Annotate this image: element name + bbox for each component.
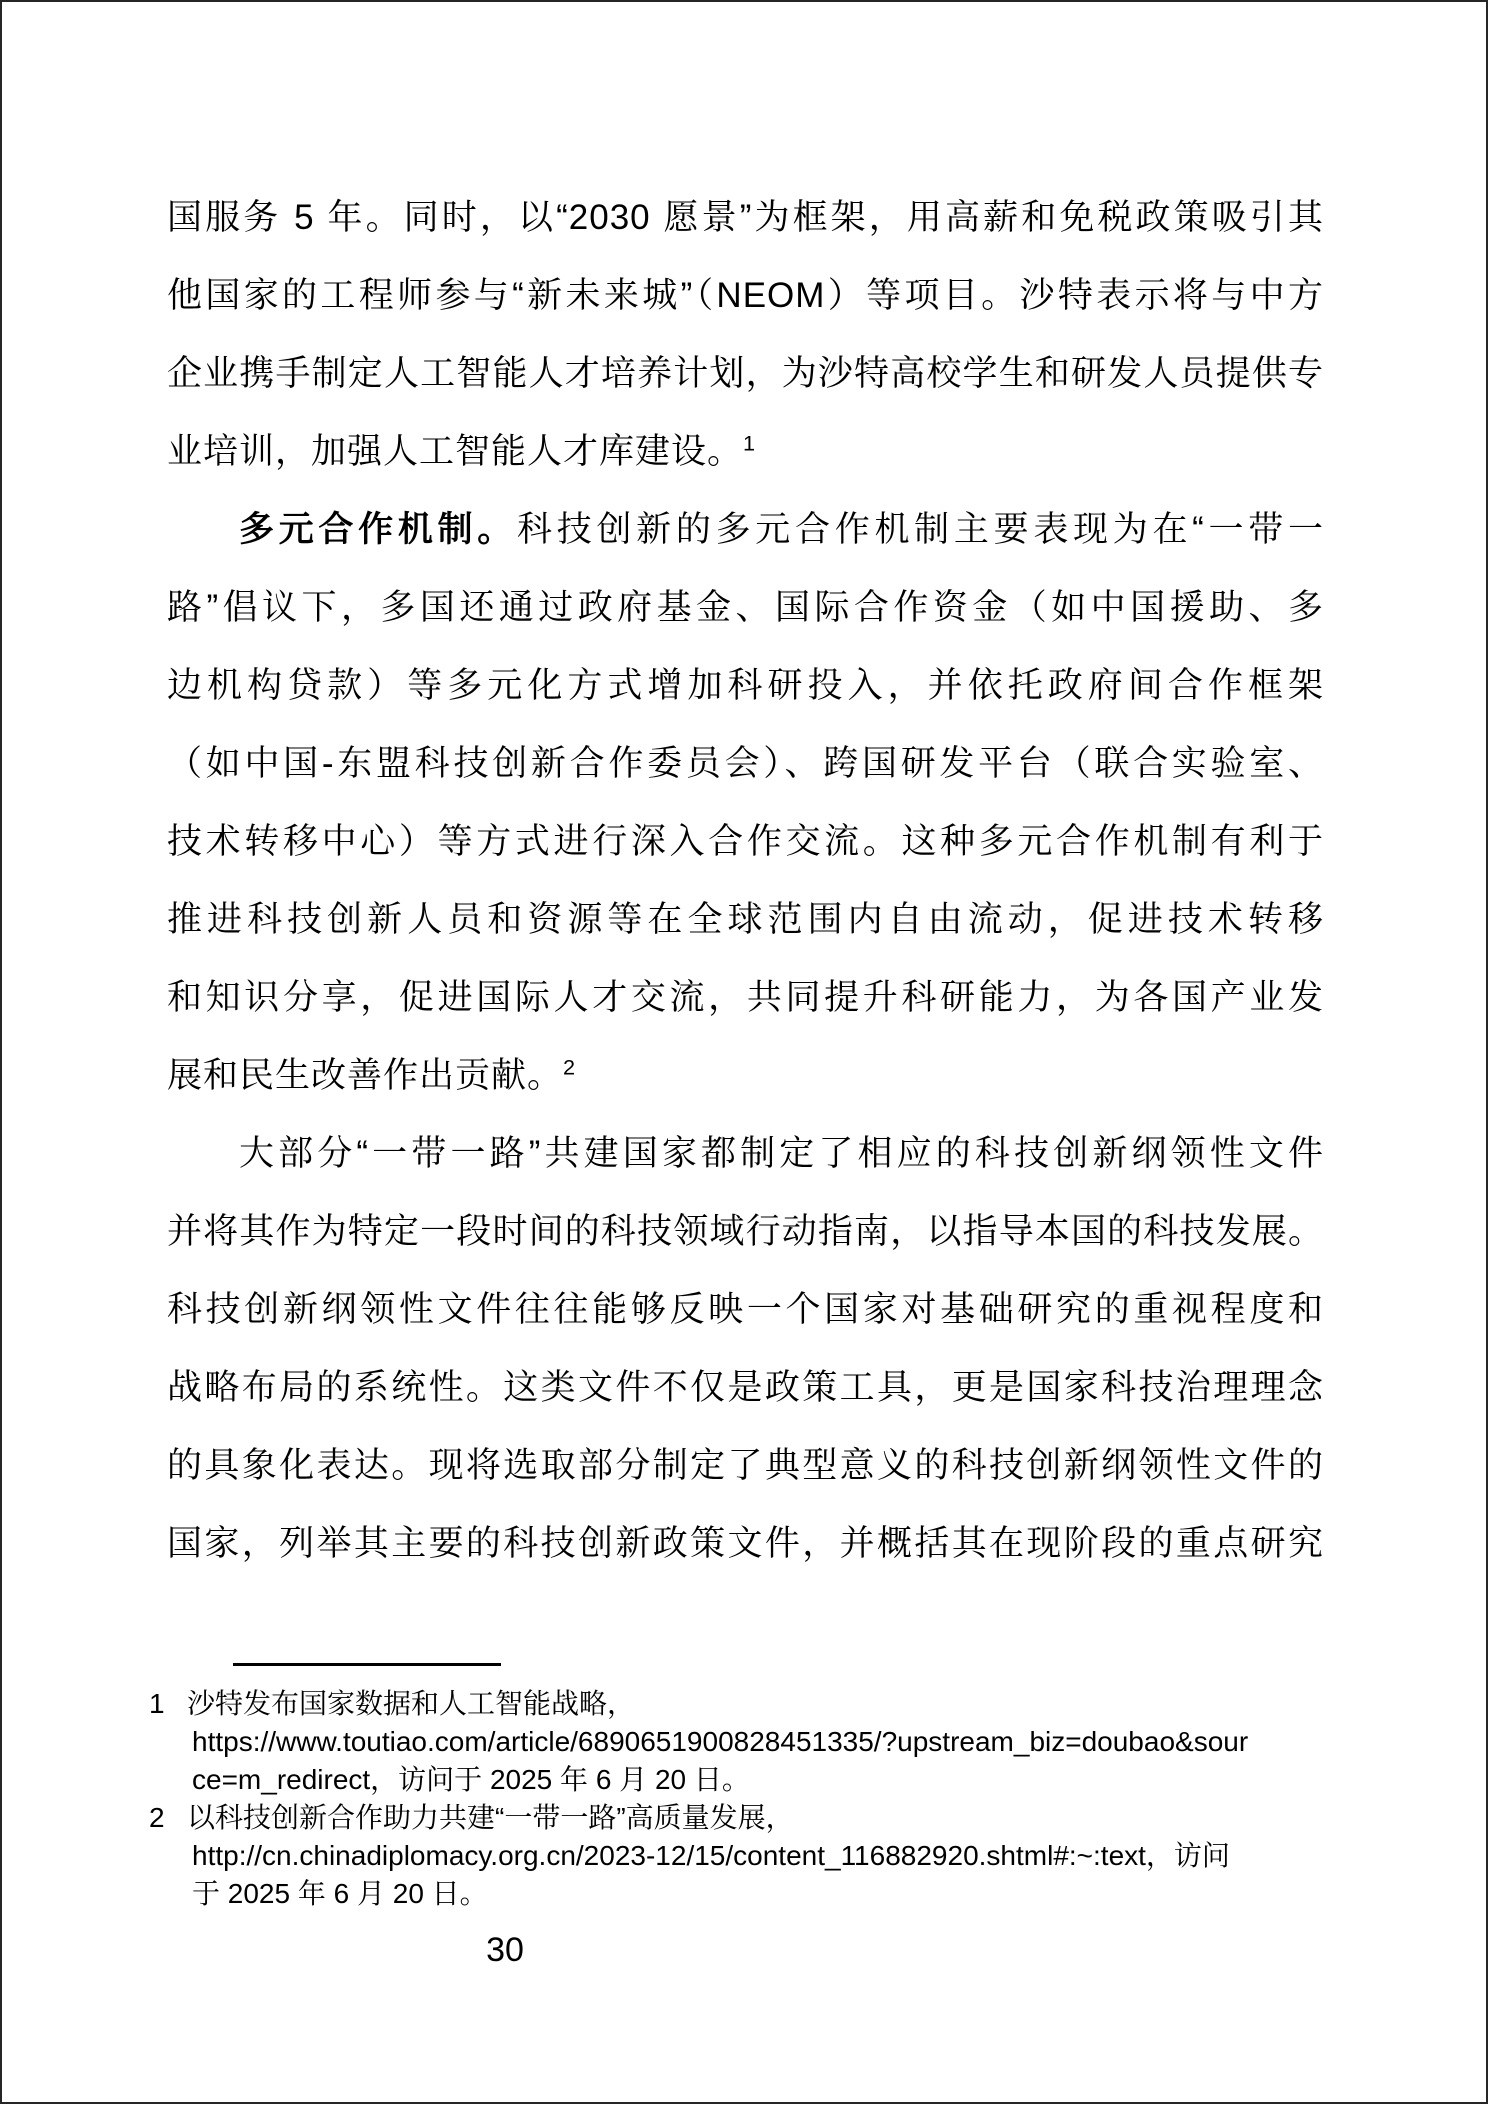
footnote-ref-superscript: 1 xyxy=(743,430,756,455)
body-line: 业培训，加强人工智能人才库建设。1 xyxy=(167,413,1324,491)
body-line: 国服务 5 年。同时，以“2030 愿景”为框架，用高薪和免税政策吸引其 xyxy=(167,179,1324,257)
body-line: 并将其作为特定一段时间的科技领域行动指南，以指导本国的科技发展。 xyxy=(167,1193,1324,1271)
body-line: 技术转移中心）等方式进行深入合作交流。这种多元合作机制有利于 xyxy=(167,803,1324,881)
body-text-segment: 他国家的工程师参与“新未来城”（NEOM）等项目。沙特表示将与中方 xyxy=(167,276,1324,315)
body-line: 大部分“一带一路”共建国家都制定了相应的科技创新纲领性文件 xyxy=(167,1115,1324,1193)
footnote-text: 沙特发布国家数据和人工智能战略， xyxy=(187,1688,635,1719)
footnote-number: 1 xyxy=(149,1685,187,1723)
body-text-segment: 大部分“一带一路”共建国家都制定了相应的科技创新纲领性文件 xyxy=(239,1134,1324,1173)
body-text-segment: 技术转移中心）等方式进行深入合作交流。这种多元合作机制有利于 xyxy=(167,822,1324,861)
body-text-segment: 战略布局的系统性。这类文件不仅是政策工具，更是国家科技治理理念 xyxy=(167,1368,1324,1407)
body-line: 战略布局的系统性。这类文件不仅是政策工具，更是国家科技治理理念 xyxy=(167,1349,1324,1427)
document-page: 国服务 5 年。同时，以“2030 愿景”为框架，用高薪和免税政策吸引其他国家的… xyxy=(0,0,1488,2104)
page-number: 30 xyxy=(425,1930,585,1970)
body-text-segment: 的具象化表达。现将选取部分制定了典型意义的科技创新纲领性文件的 xyxy=(167,1446,1324,1485)
body-text-segment: 科技创新的多元合作机制主要表现为在“一带一 xyxy=(517,510,1324,549)
body-text-segment: 并将其作为特定一段时间的科技领域行动指南，以指导本国的科技发展。 xyxy=(167,1212,1324,1251)
body-text-segment: 企业携手制定人工智能人才培养计划，为沙特高校学生和研发人员提供专 xyxy=(167,354,1324,393)
footnote-line: 1沙特发布国家数据和人工智能战略， xyxy=(149,1685,1409,1723)
body-text-segment: 展和民生改善作出贡献。 xyxy=(167,1056,563,1095)
body-line: 和知识分享，促进国际人才交流，共同提升科研能力，为各国产业发 xyxy=(167,959,1324,1037)
body-line: 路”倡议下，多国还通过政府基金、国际合作资金（如中国援助、多 xyxy=(167,569,1324,647)
footnote-ref-superscript: 2 xyxy=(563,1054,576,1079)
body-text-segment: 科技创新纲领性文件往往能够反映一个国家对基础研究的重视程度和 xyxy=(167,1290,1324,1329)
body-line: 展和民生改善作出贡献。2 xyxy=(167,1037,1324,1115)
body-text-segment: 国服务 5 年。同时，以“2030 愿景”为框架，用高薪和免税政策吸引其 xyxy=(167,198,1324,237)
footnote-line: 于 2025 年 6 月 20 日。 xyxy=(149,1875,1409,1913)
body-line: 企业携手制定人工智能人才培养计划，为沙特高校学生和研发人员提供专 xyxy=(167,335,1324,413)
footnote-text: https://www.toutiao.com/article/68906519… xyxy=(192,1726,1248,1757)
body-text: 国服务 5 年。同时，以“2030 愿景”为框架，用高薪和免税政策吸引其他国家的… xyxy=(167,179,1324,1583)
footnote-line: 2以科技创新合作助力共建“一带一路”高质量发展， xyxy=(149,1799,1409,1837)
footnote-line: http://cn.chinadiplomacy.org.cn/2023-12/… xyxy=(149,1837,1409,1875)
footnotes: 1沙特发布国家数据和人工智能战略，https://www.toutiao.com… xyxy=(149,1685,1409,1913)
body-text-segment: 推进科技创新人员和资源等在全球范围内自由流动，促进技术转移 xyxy=(167,900,1324,939)
footnote-line: https://www.toutiao.com/article/68906519… xyxy=(149,1723,1409,1761)
paragraph-lead-bold: 多元合作机制。 xyxy=(239,510,517,549)
body-line: 推进科技创新人员和资源等在全球范围内自由流动，促进技术转移 xyxy=(167,881,1324,959)
body-line: 边机构贷款）等多元化方式增加科研投入，并依托政府间合作框架 xyxy=(167,647,1324,725)
body-line: 国家，列举其主要的科技创新政策文件，并概括其在现阶段的重点研究 xyxy=(167,1505,1324,1583)
body-text-segment: 路”倡议下，多国还通过政府基金、国际合作资金（如中国援助、多 xyxy=(167,588,1324,627)
body-text-segment: 边机构贷款）等多元化方式增加科研投入，并依托政府间合作框架 xyxy=(167,666,1324,705)
footnote-separator-line xyxy=(233,1663,501,1666)
body-line: 的具象化表达。现将选取部分制定了典型意义的科技创新纲领性文件的 xyxy=(167,1427,1324,1505)
footnote-text: 于 2025 年 6 月 20 日。 xyxy=(192,1878,488,1909)
body-text-segment: （如中国-东盟科技创新合作委员会）、跨国研发平台（联合实验室、 xyxy=(167,744,1324,783)
body-text-segment: 业培训，加强人工智能人才库建设。 xyxy=(167,432,743,471)
footnote-text: 以科技创新合作助力共建“一带一路”高质量发展， xyxy=(187,1802,794,1833)
body-text-segment: 国家，列举其主要的科技创新政策文件，并概括其在现阶段的重点研究 xyxy=(167,1524,1324,1563)
footnote-line: ce=m_redirect，访问于 2025 年 6 月 20 日。 xyxy=(149,1761,1409,1799)
footnote-text: http://cn.chinadiplomacy.org.cn/2023-12/… xyxy=(192,1840,1230,1871)
footnote-text: ce=m_redirect，访问于 2025 年 6 月 20 日。 xyxy=(192,1764,750,1795)
body-text-segment: 和知识分享，促进国际人才交流，共同提升科研能力，为各国产业发 xyxy=(167,978,1324,1017)
footnote-number: 2 xyxy=(149,1799,187,1837)
body-line: 他国家的工程师参与“新未来城”（NEOM）等项目。沙特表示将与中方 xyxy=(167,257,1324,335)
body-line: （如中国-东盟科技创新合作委员会）、跨国研发平台（联合实验室、 xyxy=(167,725,1324,803)
body-line: 科技创新纲领性文件往往能够反映一个国家对基础研究的重视程度和 xyxy=(167,1271,1324,1349)
body-line: 多元合作机制。科技创新的多元合作机制主要表现为在“一带一 xyxy=(167,491,1324,569)
